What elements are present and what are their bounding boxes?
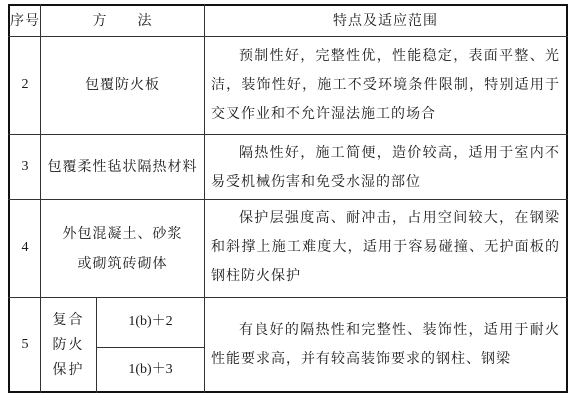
header-index: 序号 (10, 6, 40, 36)
row-5-group-line-2: 防火 (53, 333, 85, 358)
row-2-features: 预制性好，完整性优，性能稳定，表面平整、光洁，装饰性好，施工不受环境条件限制，特… (205, 42, 566, 129)
row-3-features: 隔热性好，施工简便，造价较高，适用于室内不易受机械伤害和免受水湿的部位 (205, 139, 566, 197)
header-method: 方 法 (41, 6, 204, 36)
row-2-method: 包覆防火板 (41, 37, 204, 134)
row-4-method-line-1: 外包混凝土、砂浆 (63, 219, 183, 249)
row-5-index: 5 (10, 298, 40, 393)
row-5-group-line-1: 复合 (53, 308, 85, 333)
row-3-index: 3 (10, 135, 40, 199)
row-4-index: 4 (10, 200, 40, 297)
row-4-method: 外包混凝土、砂浆 或砌筑砖砌体 (41, 200, 204, 297)
row-5-sub-method-1: 1(b)＋2 (97, 298, 204, 347)
row-3-method: 包覆柔性毡状隔热材料 (41, 135, 204, 199)
row-5-sub-method-2: 1(b)＋3 (97, 348, 204, 393)
row-5-method-group: 复合 防火 保护 (41, 298, 96, 393)
row-4-features: 保护层强度高、耐冲击，占用空间较大，在钢梁和斜撑上施工难度大，适用于容易碰撞、无… (205, 204, 566, 291)
row-2-index: 2 (10, 37, 40, 134)
row-4-method-line-2: 或砌筑砖砌体 (78, 249, 168, 279)
row-5-group-line-3: 保护 (53, 358, 85, 383)
header-features: 特点及适应范围 (205, 6, 566, 36)
row-5-features: 有良好的隔热性和完整性、装饰性，适用于耐火性能要求高，并有较高装饰要求的钢柱、钢… (205, 316, 566, 374)
